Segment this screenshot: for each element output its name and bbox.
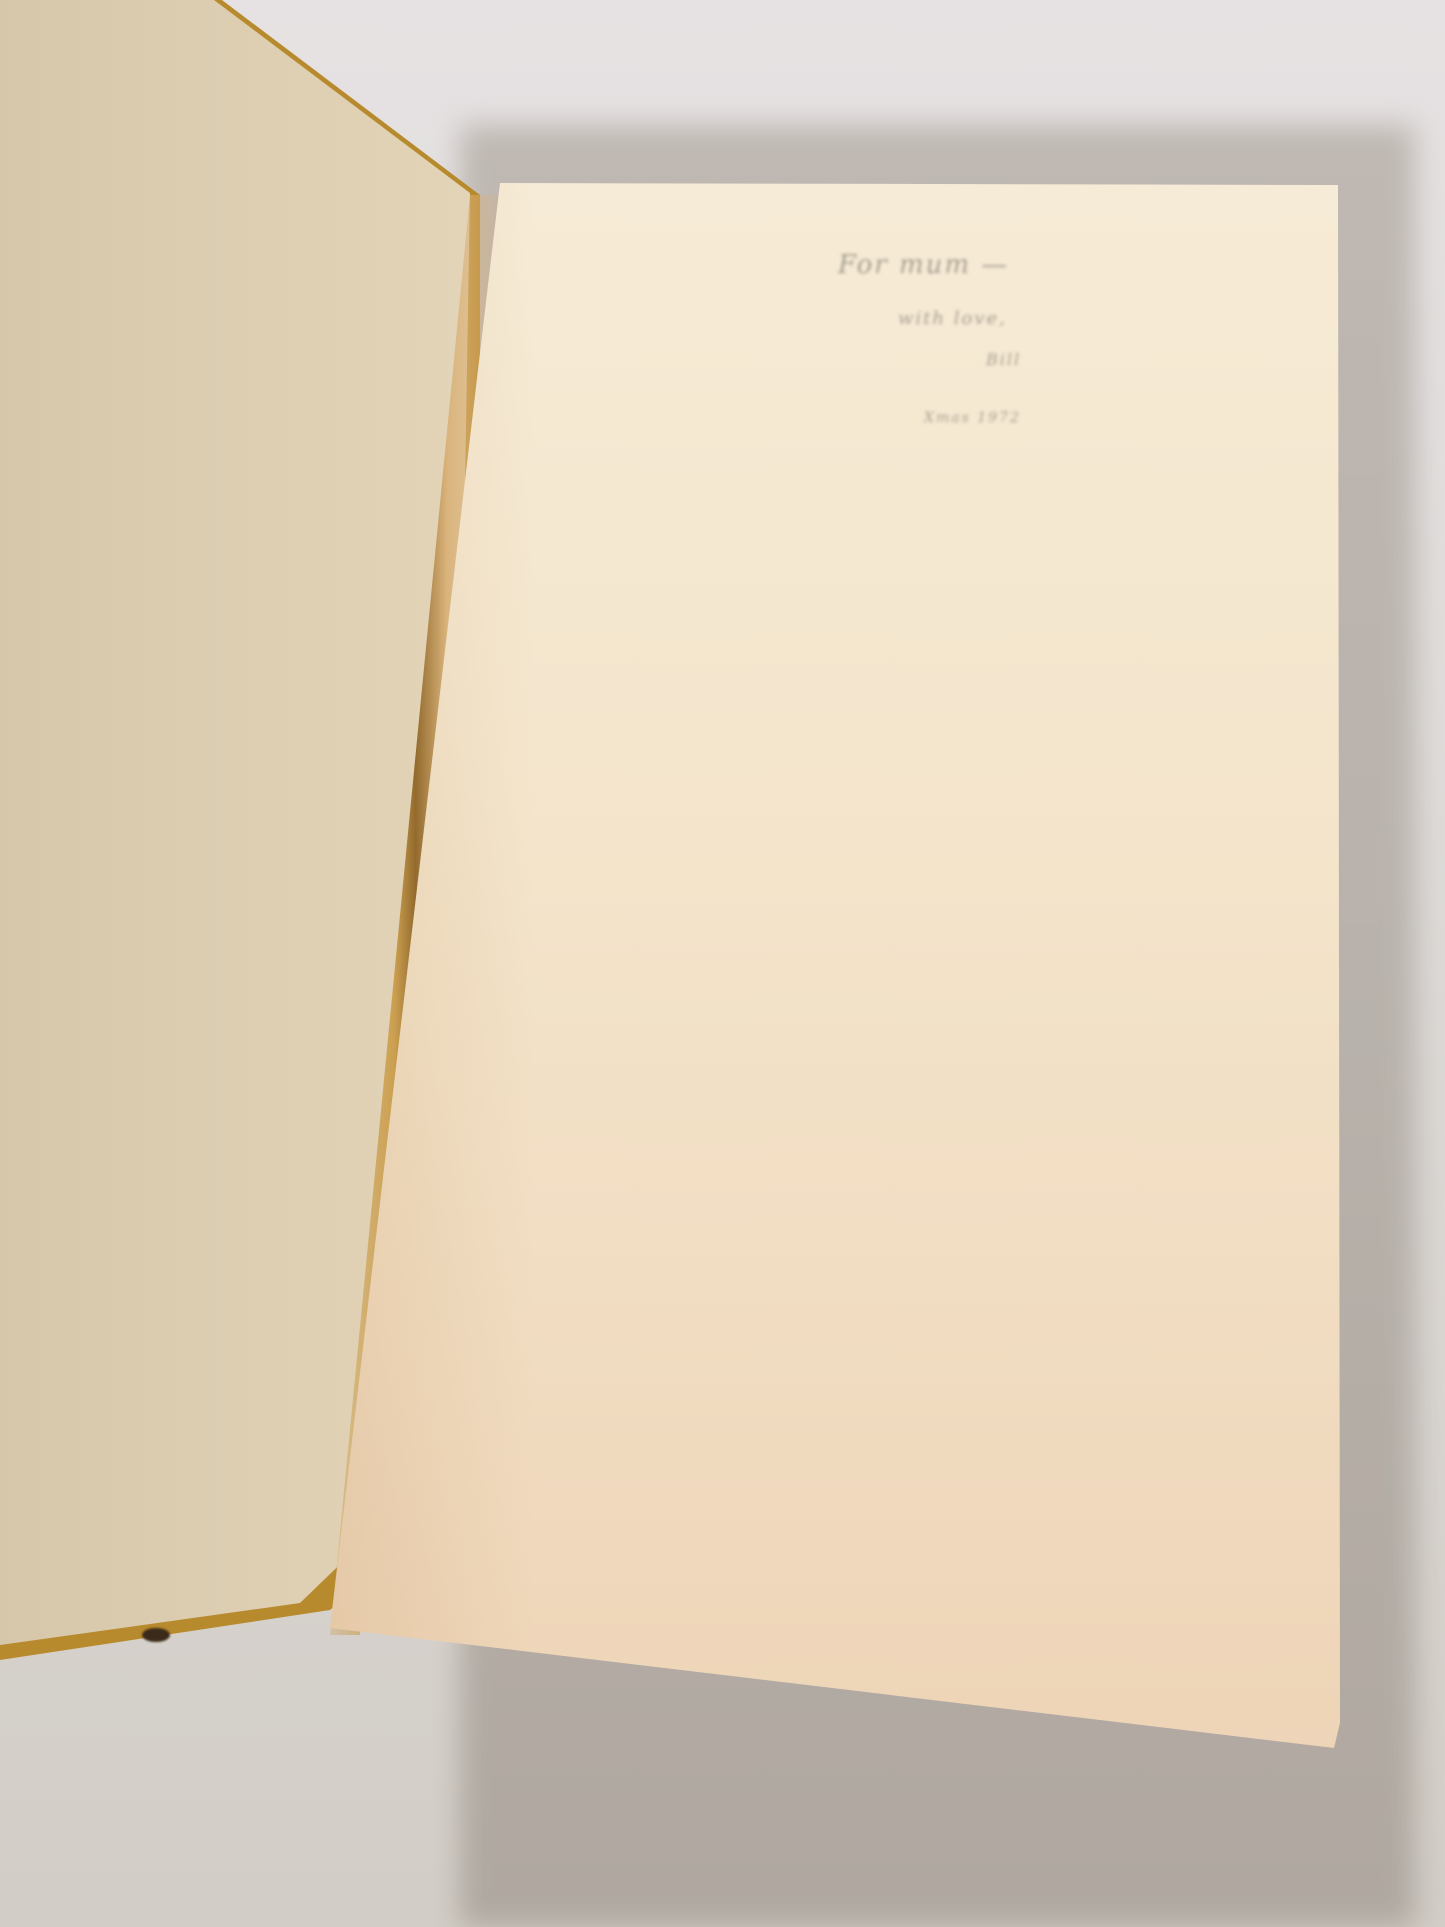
page-shading [330, 183, 1350, 1763]
inscription-date: Xmas 1972 [924, 410, 1021, 426]
inscription-line-1: For mum — [838, 250, 1009, 280]
photo-scene: For mum — with love, Bill Xmas 1972 [0, 0, 1445, 1927]
inscription-signature: Bill [986, 350, 1021, 369]
inscription-line-2: with love, [898, 308, 1007, 329]
cover-stain [142, 1628, 170, 1642]
